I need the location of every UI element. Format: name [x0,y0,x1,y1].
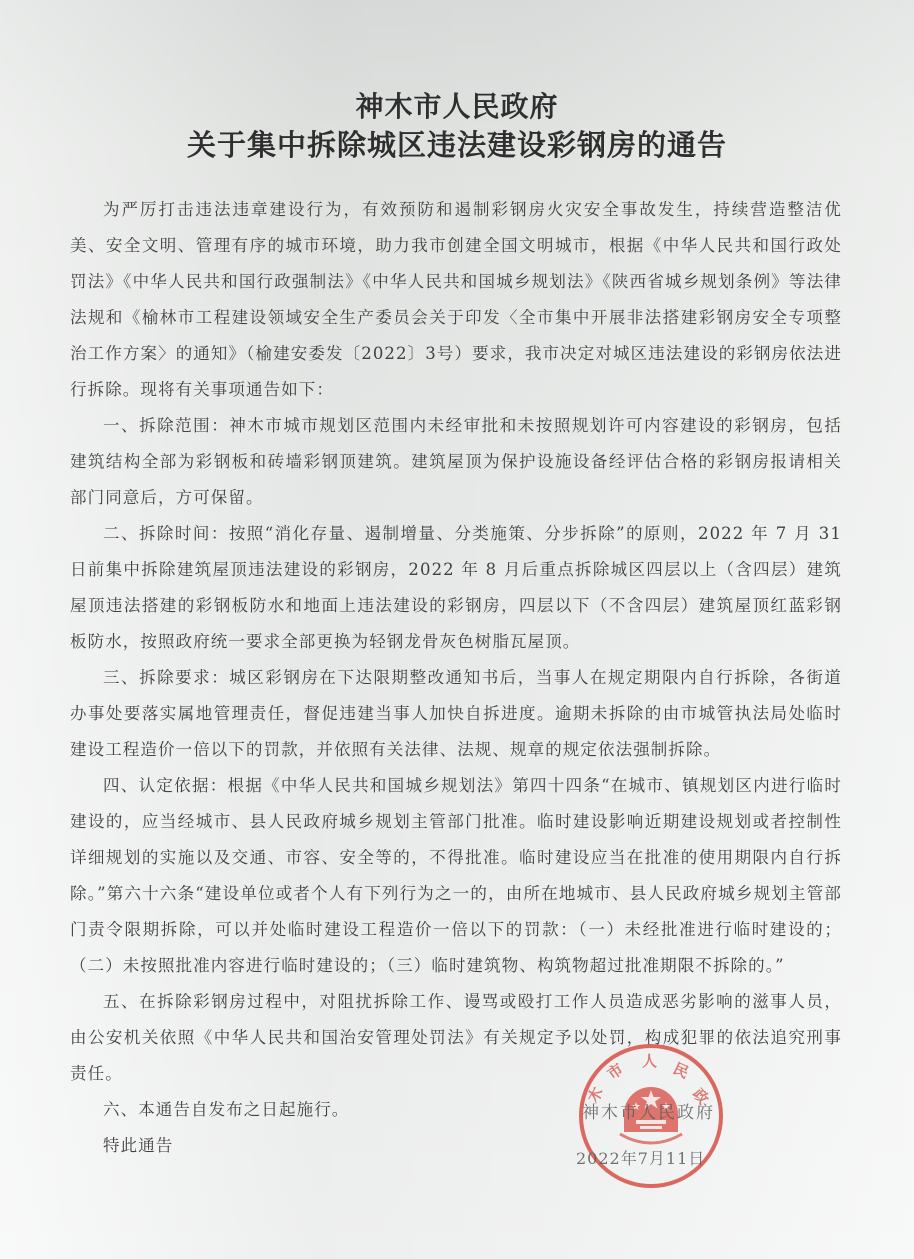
signature-organization: 神木市人民政府 [582,1098,715,1123]
signature-block: 市 人 民 政 木 神木市人民政府 2022年7月11日 [566,1042,746,1192]
svg-text:人: 人 [642,1052,657,1070]
paragraph-preamble: 为严厉打击违法违章建设行为，有效预防和遏制彩钢房火灾安全事故发生，持续营造整洁优… [70,192,842,408]
signature-date: 2022年7月11日 [576,1146,705,1169]
svg-text:民: 民 [670,1059,691,1082]
paragraph-requirements: 三、拆除要求：城区彩钢房在下达限期整改通知书后，当事人在规定期限内自行拆除，各街… [70,660,842,768]
paragraph-timeline: 二、拆除时间：按照“消化存量、遏制增量、分类施策、分步拆除”的原则，2022 年… [70,516,842,660]
document-body: 为严厉打击违法违章建设行为，有效预防和遏制彩钢房火灾安全事故发生，持续营造整洁优… [70,192,842,1164]
title-subject: 关于集中拆除城区违法建设彩钢房的通告 [0,126,914,164]
paragraph-legal-basis: 四、认定依据：根据《中华人民共和国城乡规划法》第四十四条“在城市、镇规划区内进行… [70,768,842,984]
document-title: 神木市人民政府 关于集中拆除城区违法建设彩钢房的通告 [0,88,914,164]
paragraph-scope: 一、拆除范围：神木市城市规划区范围内未经审批和未按照规划许可内容建设的彩钢房，包… [70,408,842,516]
notice-document: 神木市人民政府 关于集中拆除城区违法建设彩钢房的通告 为严厉打击违法违章建设行为… [0,0,914,1259]
title-issuer: 神木市人民政府 [0,88,914,126]
